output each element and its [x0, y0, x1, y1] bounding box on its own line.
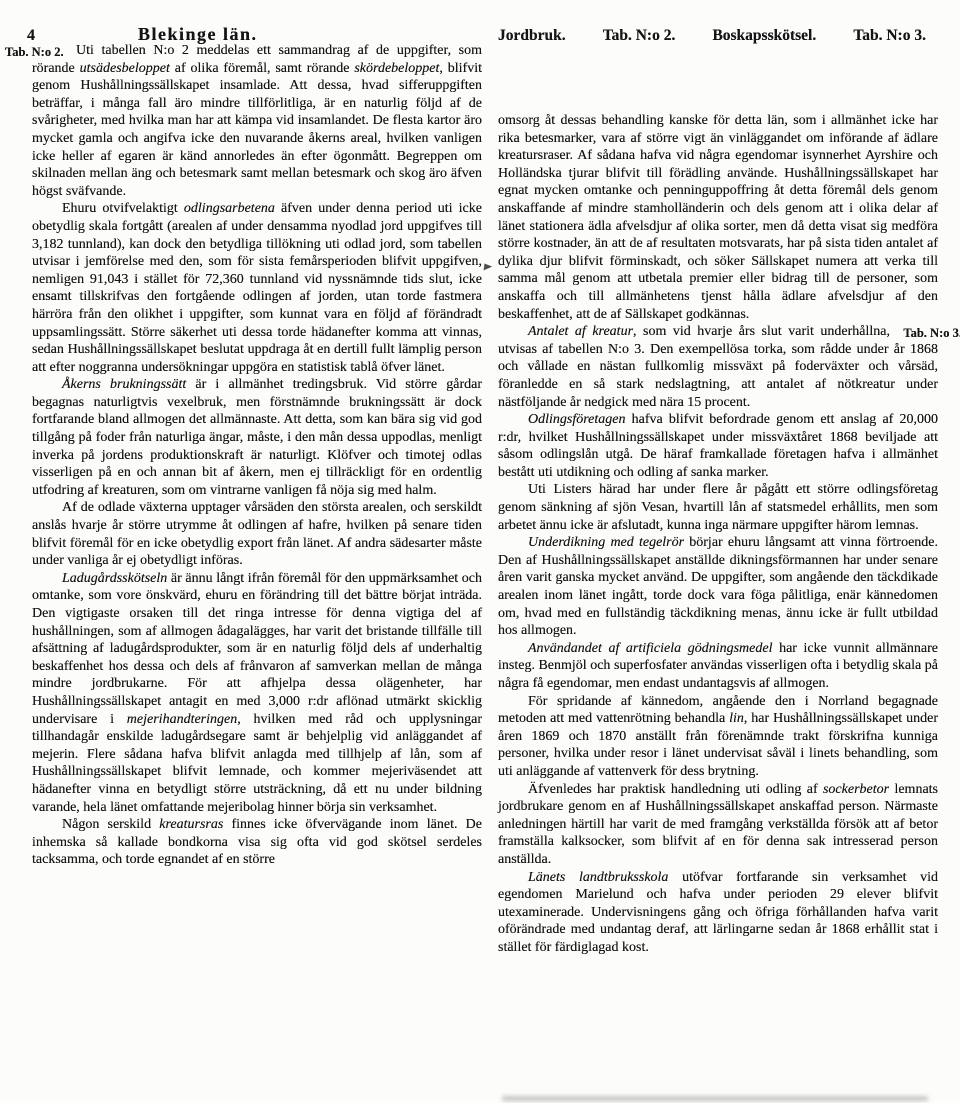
italic-text-run: kreatursras: [159, 817, 223, 832]
italic-text-run: Användandet af artificiela gödningsmedel: [528, 641, 773, 656]
scan-edge-artifact: [502, 1096, 928, 1101]
paragraph: Ladugårdsskötseln är ännu långt ifrån fö…: [32, 570, 482, 816]
italic-text-run: odlingsarbetena: [184, 201, 275, 216]
paragraph: Äfvenledes har praktisk handledning uti …: [498, 781, 938, 869]
margin-note-right: Tab. N:o 3.: [873, 325, 960, 343]
running-head-segment: Tab. N:o 2.: [603, 27, 676, 45]
paragraph: Underdikning med tegelrör börjar ehuru l…: [498, 534, 938, 640]
printers-gutter-mark: [484, 263, 493, 271]
text-run: äfven under denna period uti icke obetyd…: [32, 201, 482, 374]
italic-text-run: mejerihandteringen: [127, 712, 237, 727]
text-run: af olika föremål, samt rörande: [170, 61, 354, 76]
paragraph: Af de odlade växterna upptager vårsäden …: [32, 499, 482, 569]
text-run: börjar ehuru långsamt att vinna förtroen…: [498, 535, 938, 638]
text-run: , blifvit genom Hushållningssällskapet i…: [32, 61, 482, 199]
italic-text-run: skördebeloppet: [354, 61, 439, 76]
text-run: omsorg åt dessas behandling kanske för d…: [498, 113, 938, 322]
paragraph: Länets landtbruksskola utöfvar fortfaran…: [498, 869, 938, 957]
italic-text-run: Antalet af kreatur: [528, 324, 633, 339]
paragraph: För spridande af kännedom, angående den …: [498, 693, 938, 781]
text-run: Äfvenledes har praktisk handledning uti …: [528, 782, 823, 797]
italic-text-run: utsädesbeloppet: [80, 61, 170, 76]
text-run: är ännu långt ifrån föremål för den uppm…: [32, 571, 482, 727]
text-column-left: Uti tabellen N:o 2 meddelas ett sammandr…: [32, 42, 482, 869]
italic-text-run: Åkerns brukningssätt: [62, 377, 186, 392]
running-head-segment: Tab. N:o 3.: [853, 27, 926, 45]
italic-text-run: Odlingsföretagen: [528, 412, 625, 427]
text-run: Ehuru otvifvelaktigt: [62, 201, 184, 216]
paragraph: Åkerns brukningssätt är i allmänhet tred…: [32, 376, 482, 499]
text-run: Af de odlade växterna upptager vårsäden …: [32, 500, 482, 568]
italic-text-run: Underdikning med tegelrör: [528, 535, 684, 550]
paragraph: Ehuru otvifvelaktigt odlingsarbetena äfv…: [32, 200, 482, 376]
paragraph: Tab. N:o 3.Antalet af kreatur, som vid h…: [498, 323, 938, 411]
paragraph: Uti tabellen N:o 2 meddelas ett sammandr…: [32, 42, 482, 200]
scanned-document-page: 4 Blekinge län. Jordbruk. Tab. N:o 2. Bo…: [0, 0, 960, 1103]
text-run: Någon serskild: [62, 817, 159, 832]
running-head-right: Jordbruk. Tab. N:o 2. Boskapsskötsel. Ta…: [498, 27, 926, 45]
italic-text-run: Länets landtbruksskola: [528, 870, 668, 885]
paragraph: Odlingsföretagen hafva blifvit befordrad…: [498, 411, 938, 481]
running-head-segment: Jordbruk.: [498, 27, 566, 45]
paragraph: Någon serskild kreatursras finnes icke ö…: [32, 816, 482, 869]
text-run: , hvilken med råd och upplysningar tillh…: [32, 712, 482, 815]
italic-text-run: lin: [729, 711, 744, 726]
text-run: är i allmänhet tredingsbruk. Vid större …: [32, 377, 482, 498]
italic-text-run: sockerbetor: [823, 782, 889, 797]
text-column-right: omsorg åt dessas behandling kanske för d…: [498, 112, 938, 957]
paragraph: omsorg åt dessas behandling kanske för d…: [498, 112, 938, 323]
paragraph: Användandet af artificiela gödningsmedel…: [498, 640, 938, 693]
text-run: Uti Listers härad har under flere år påg…: [498, 482, 938, 532]
paragraph: Uti Listers härad har under flere år påg…: [498, 481, 938, 534]
italic-text-run: Ladugårdsskötseln: [62, 571, 167, 586]
running-head-segment: Boskapsskötsel.: [712, 27, 816, 45]
